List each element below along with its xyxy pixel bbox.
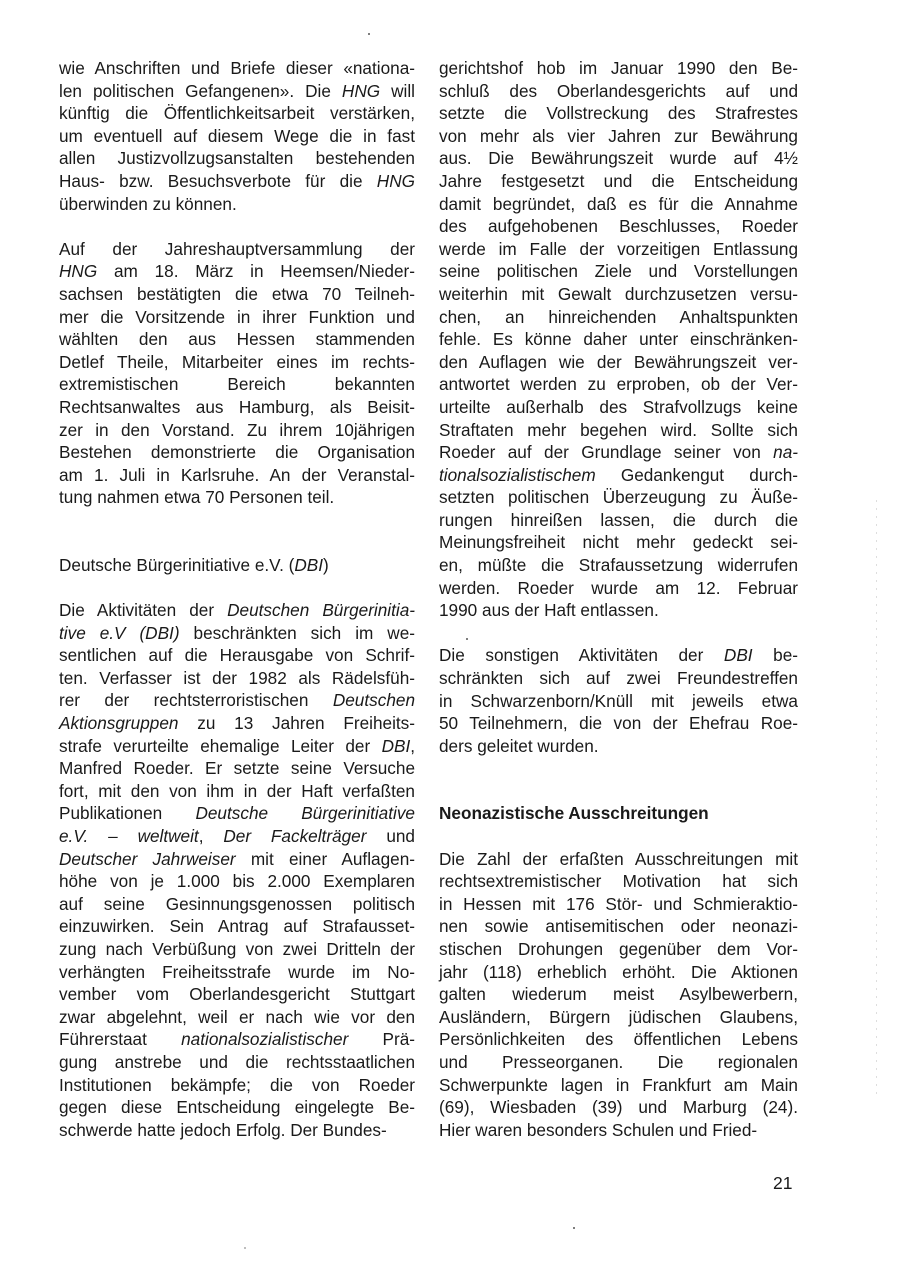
text-line: Hier waren besonders Schulen und Fried- [439, 1119, 798, 1142]
text-line: auf seine Gesinnungsgenossen politisch [59, 893, 415, 916]
text-line: rer der rechtsterroristischen Deutschen [59, 689, 415, 712]
text-line: rechtsextremistischer Motivation hat sic… [439, 870, 798, 893]
text-line: zwar abgelehnt, weil er nach wie vor den [59, 1006, 415, 1029]
text-line: en, müßte die Strafaussetzung widerrufen [439, 554, 798, 577]
text-line: Jahre festgesetzt und die Entscheidung [439, 170, 798, 193]
section-heading: Neonazistische Ausschreitungen [439, 802, 798, 825]
text-line: fort, mit den von ihm in der Haft verfaß… [59, 780, 415, 803]
text-line: tionalsozialistischem Gedankengut durch- [439, 464, 798, 487]
text-line: Haus- bzw. Besuchsverbote für die HNG [59, 170, 415, 193]
text-line: rungen hinreißen lassen, die durch die [439, 509, 798, 532]
text-line: Rechtsanwaltes aus Hamburg, als Beisit- [59, 396, 415, 419]
text-line: werden. Roeder wurde am 12. Februar [439, 577, 798, 600]
text-line: Detlef Theile, Mitarbeiter eines im rech… [59, 351, 415, 374]
text-line: jahr (118) erheblich erhöht. Die Aktione… [439, 961, 798, 984]
page-number: 21 [773, 1173, 792, 1194]
text-line: tive e.V (DBI) beschränkten sich im we- [59, 622, 415, 645]
text-line: mer die Vorsitzende in ihrer Funktion un… [59, 306, 415, 329]
text-line: Persönlichkeiten des öffentlichen Lebens [439, 1028, 798, 1051]
text-line: sentlichen auf die Herausgabe von Schrif… [59, 644, 415, 667]
text-line: einzuwirken. Sein Antrag auf Strafausset… [59, 915, 415, 938]
text-line: Schwerpunkte lagen in Frankfurt am Main [439, 1074, 798, 1097]
text-line: (69), Wiesbaden (39) und Marburg (24). [439, 1096, 798, 1119]
text-line: Ausländern, Bürgern jüdischen Glaubens, [439, 1006, 798, 1029]
text-line: Straftaten mehr begehen wird. Sollte sic… [439, 419, 798, 442]
text-line: zung nach Verbüßung von zwei Dritteln de… [59, 938, 415, 961]
text-line: verhängten Freiheitsstrafe wurde im No- [59, 961, 415, 984]
text-line: schluß des Oberlandesgerichts auf und [439, 80, 798, 103]
scan-margin-artifact [876, 500, 877, 1100]
text-line: schränkten sich auf zwei Freundestreffen [439, 667, 798, 690]
text-line: antwortet werden zu erproben, ob der Ver… [439, 373, 798, 396]
text-line: Roeder auf der Grundlage seiner von na- [439, 441, 798, 464]
text-line: Die Aktivitäten der Deutschen Bürgerinit… [59, 599, 415, 622]
text-line: Die sonstigen Aktivitäten der DBI be- [439, 644, 798, 667]
text-line: strafe verurteilte ehemalige Leiter der … [59, 735, 415, 758]
text-line: vember vom Oberlandesgericht Stuttgart [59, 983, 415, 1006]
left-column: wie Anschriften und Briefe dieser «natio… [59, 57, 415, 1164]
text-line: HNG am 18. März in Heemsen/Nieder- [59, 260, 415, 283]
text-line: gung anstrebe und die rechtsstaatlichen [59, 1051, 415, 1074]
text-line: von mehr als vier Jahren zur Bewährung [439, 125, 798, 148]
text-line: überwinden zu können. [59, 193, 415, 216]
text-line: 1990 aus der Haft entlassen. [439, 599, 798, 622]
text-line: in Schwarzenborn/Knüll mit jeweils etwa [439, 690, 798, 713]
text-line: seine politischen Ziele und Vorstellunge… [439, 260, 798, 283]
text-line: den Auflagen wie der Bewährungszeit ver- [439, 351, 798, 374]
paragraph: Die Zahl der erfaßten Ausschreitungen mi… [439, 848, 798, 1142]
text-line: 50 Teilnehmern, die von der Ehefrau Roe- [439, 712, 798, 735]
text-line: gegen diese Entscheidung eingelegte Be- [59, 1096, 415, 1119]
scan-speck [466, 638, 468, 640]
text-line: künftig die Öffentlichkeitsarbeit verstä… [59, 102, 415, 125]
text-line: in Hessen mit 176 Stör- und Schmieraktio… [439, 893, 798, 916]
text-line: chen, an hinreichenden Anhaltspunkten [439, 306, 798, 329]
text-line: wie Anschriften und Briefe dieser «natio… [59, 57, 415, 80]
text-line: höhe von je 1.000 bis 2.000 Exemplaren [59, 870, 415, 893]
text-line: ders geleitet wurden. [439, 735, 798, 758]
text-line: tung nahmen etwa 70 Personen teil. [59, 486, 415, 509]
text-line: des aufgehobenen Beschlusses, Roeder [439, 215, 798, 238]
text-line: werde im Falle der vorzeitigen Entlassun… [439, 238, 798, 261]
text-line: Meinungsfreiheit nicht mehr gedeckt sei- [439, 531, 798, 554]
scan-speck [573, 1227, 575, 1229]
paragraph: Die sonstigen Aktivitäten der DBI be-sch… [439, 644, 798, 757]
text-line: Die Zahl der erfaßten Ausschreitungen mi… [439, 848, 798, 871]
text-line: urteilte außerhalb des Strafvollzugs kei… [439, 396, 798, 419]
text-line: galten wiederum meist Asylbewerbern, [439, 983, 798, 1006]
text-line: aus. Die Bewährungszeit wurde auf 4½ [439, 147, 798, 170]
text-line: Aktionsgruppen zu 13 Jahren Freiheits- [59, 712, 415, 735]
text-line: schwerde hatte jedoch Erfolg. Der Bundes… [59, 1119, 415, 1142]
paragraph: Auf der Jahreshauptversammlung derHNG am… [59, 238, 415, 509]
text-line: wählten den aus Hessen stammenden [59, 328, 415, 351]
text-line: Manfred Roeder. Er setzte seine Versuche [59, 757, 415, 780]
paragraph: Die Aktivitäten der Deutschen Bürgerinit… [59, 599, 415, 1141]
text-line: gerichtshof hob im Januar 1990 den Be- [439, 57, 798, 80]
text-line: Publikationen Deutsche Bürgerinitiative [59, 802, 415, 825]
text-line: weiterhin mit Gewalt durchzusetzen versu… [439, 283, 798, 306]
paragraph: gerichtshof hob im Januar 1990 den Be-sc… [439, 57, 798, 622]
text-line: len politischen Gefangenen». Die HNG wil… [59, 80, 415, 103]
text-line: um eventuell auf diesem Wege die in fast [59, 125, 415, 148]
text-line: am 1. Juli in Karlsruhe. An der Veransta… [59, 464, 415, 487]
scan-speck [368, 33, 370, 35]
text-line: sachsen bestätigten die etwa 70 Teilneh- [59, 283, 415, 306]
text-line: Institutionen bekämpfe; die von Roeder [59, 1074, 415, 1097]
right-column: gerichtshof hob im Januar 1990 den Be-sc… [439, 57, 798, 1164]
text-line: damit begründet, daß es für die Annahme [439, 193, 798, 216]
text-line: fehle. Es könne daher unter einschränken… [439, 328, 798, 351]
text-line: Auf der Jahreshauptversammlung der [59, 238, 415, 261]
text-line: setzte die Vollstreckung des Strafrestes [439, 102, 798, 125]
text-line: Führerstaat nationalsozialistischer Prä- [59, 1028, 415, 1051]
text-line: und Presseorganen. Die regionalen [439, 1051, 798, 1074]
text-line: stischen Drohungen gegenüber dem Vor- [439, 938, 798, 961]
text-line: zer in den Vorstand. Zu ihrem 10jährigen [59, 419, 415, 442]
text-line: e.V. – weltweit, Der Fackelträger und [59, 825, 415, 848]
paragraph: wie Anschriften und Briefe dieser «natio… [59, 57, 415, 215]
text-line: nen sowie antisemitischen oder neonazi- [439, 915, 798, 938]
section-subheading: Deutsche Bürgerinitiative e.V. (DBI) [59, 554, 415, 577]
text-line: allen Justizvollzugsanstalten bestehende… [59, 147, 415, 170]
text-line: ten. Verfasser ist der 1982 als Rädelsfü… [59, 667, 415, 690]
text-line: setzten politischen Überzeugung zu Äuße- [439, 486, 798, 509]
scan-speck [244, 1247, 246, 1249]
text-line: extremistischen Bereich bekannten [59, 373, 415, 396]
text-line: Deutscher Jahrweiser mit einer Auflagen- [59, 848, 415, 871]
text-line: Bestehen demonstrierte die Organisation [59, 441, 415, 464]
